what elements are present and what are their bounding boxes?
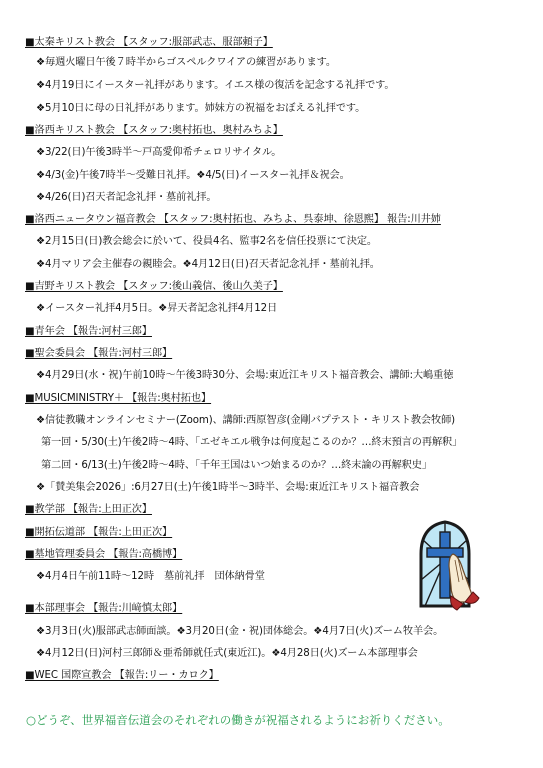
section-heading-youth: ■青年会 【報告:河村三郎】 [25, 325, 152, 339]
list-item: ❖3月3日(火)服部武志師面談。❖3月20日(金・祝)団体総会。❖4月7日(火)… [36, 625, 443, 639]
document-page: ■太秦キリスト教会 【スタッフ:服部武志、服部頼子】 ❖毎週火曜日午後７時半から… [0, 0, 543, 768]
list-item: ❖4/26(日)召天者記念礼拝・墓前礼拝。 [36, 191, 216, 205]
list-item: ❖4月29日(水・祝)午前10時～午後3時30分、会場:東近江キリスト福音教会、… [36, 369, 453, 383]
list-item: ❖4月12日(日)河村三郎師＆亜希師就任式(東近江)。❖4月28日(火)ズーム本… [36, 647, 418, 661]
list-item: ❖イースター礼拝4月5日。❖昇天者記念礼拝4月12日 [36, 302, 277, 316]
sub-list-item: 第二回・6/13(土)午後2時～4時、「千年王国はいつ始まるのか？…終末論の再解… [41, 459, 432, 473]
prayer-message: ○どうぞ、世界福音伝道会のそれぞれの働きが祝福されるようにお祈りください。 [26, 712, 450, 728]
list-item: ❖4月4日午前11時～12時 墓前礼拝 団体納骨堂 [36, 570, 265, 584]
sub-list-item: 第一回・5/30(土)午後2時～4時、「エゼキエル戦争は何度起こるのか？…終末預… [41, 436, 462, 450]
list-item: ❖信徒教職オンラインセミナー(Zoom)、講師:西原智彦(金剛バプテスト・キリス… [36, 414, 455, 428]
list-item: ❖3/22(日)午後3時半～戸高愛仰希チェロリサイタル。 [36, 146, 281, 160]
section-heading-rakusai: ■洛西キリスト教会 【スタッフ:奥村拓也、奥村みちよ】 [25, 124, 283, 138]
section-heading-board: ■本部理事会 【報告:川﨑慎太郎】 [25, 602, 182, 616]
list-item: ❖5月10日に母の日礼拝があります。姉妹方の祝福をおぼえる礼拝です。 [36, 102, 365, 116]
section-heading-uzumasa: ■太秦キリスト教会 【スタッフ:服部武志、服部頼子】 [25, 36, 273, 50]
list-item: ❖4月19日にイースター礼拝があります。イエス様の復活を記念する礼拝です。 [36, 79, 395, 93]
list-item: ❖毎週火曜日午後７時半からゴスペルクワイアの練習があります。 [36, 56, 336, 70]
section-heading-rakusai-newtown: ■洛西ニュータウン福音教会 【スタッフ:奥村拓也、みちよ、呉泰坤、徐恩熙】 報告… [25, 213, 441, 227]
section-heading-pioneer: ■開拓伝道部 【報告:上田正次】 [25, 526, 172, 540]
stained-glass-cross-praying-hands-icon [413, 520, 493, 612]
section-heading-education: ■教学部 【報告:上田正次】 [25, 503, 152, 517]
section-heading-cemetery: ■墓地管理委員会 【報告:高橋博】 [25, 548, 182, 562]
section-heading-convention: ■聖会委員会 【報告:河村三郎】 [25, 347, 172, 361]
list-item: ❖「賛美集会2026」:6月27日(土)午後1時半～3時半、会場:東近江キリスト… [36, 481, 419, 495]
section-heading-yoshino: ■吉野キリスト教会 【スタッフ:後山義信、後山久美子】 [25, 280, 283, 294]
list-item: ❖4月マリア会主催春の親睦会。❖4月12日(日)召天者記念礼拝・墓前礼拝。 [36, 258, 380, 272]
list-item: ❖2月15日(日)教会総会に於いて、役員4名、監事2名を信任投票にて決定。 [36, 235, 377, 249]
section-heading-wec: ■WEC 国際宣教会 【報告:リー・カロク】 [25, 669, 219, 683]
list-item: ❖4/3(金)午後7時半～受難日礼拝。❖4/5(日)イースター礼拝＆祝会。 [36, 169, 350, 183]
section-heading-music-ministry: ■MUSICMINISTRY＋ 【報告:奥村拓也】 [25, 392, 211, 406]
